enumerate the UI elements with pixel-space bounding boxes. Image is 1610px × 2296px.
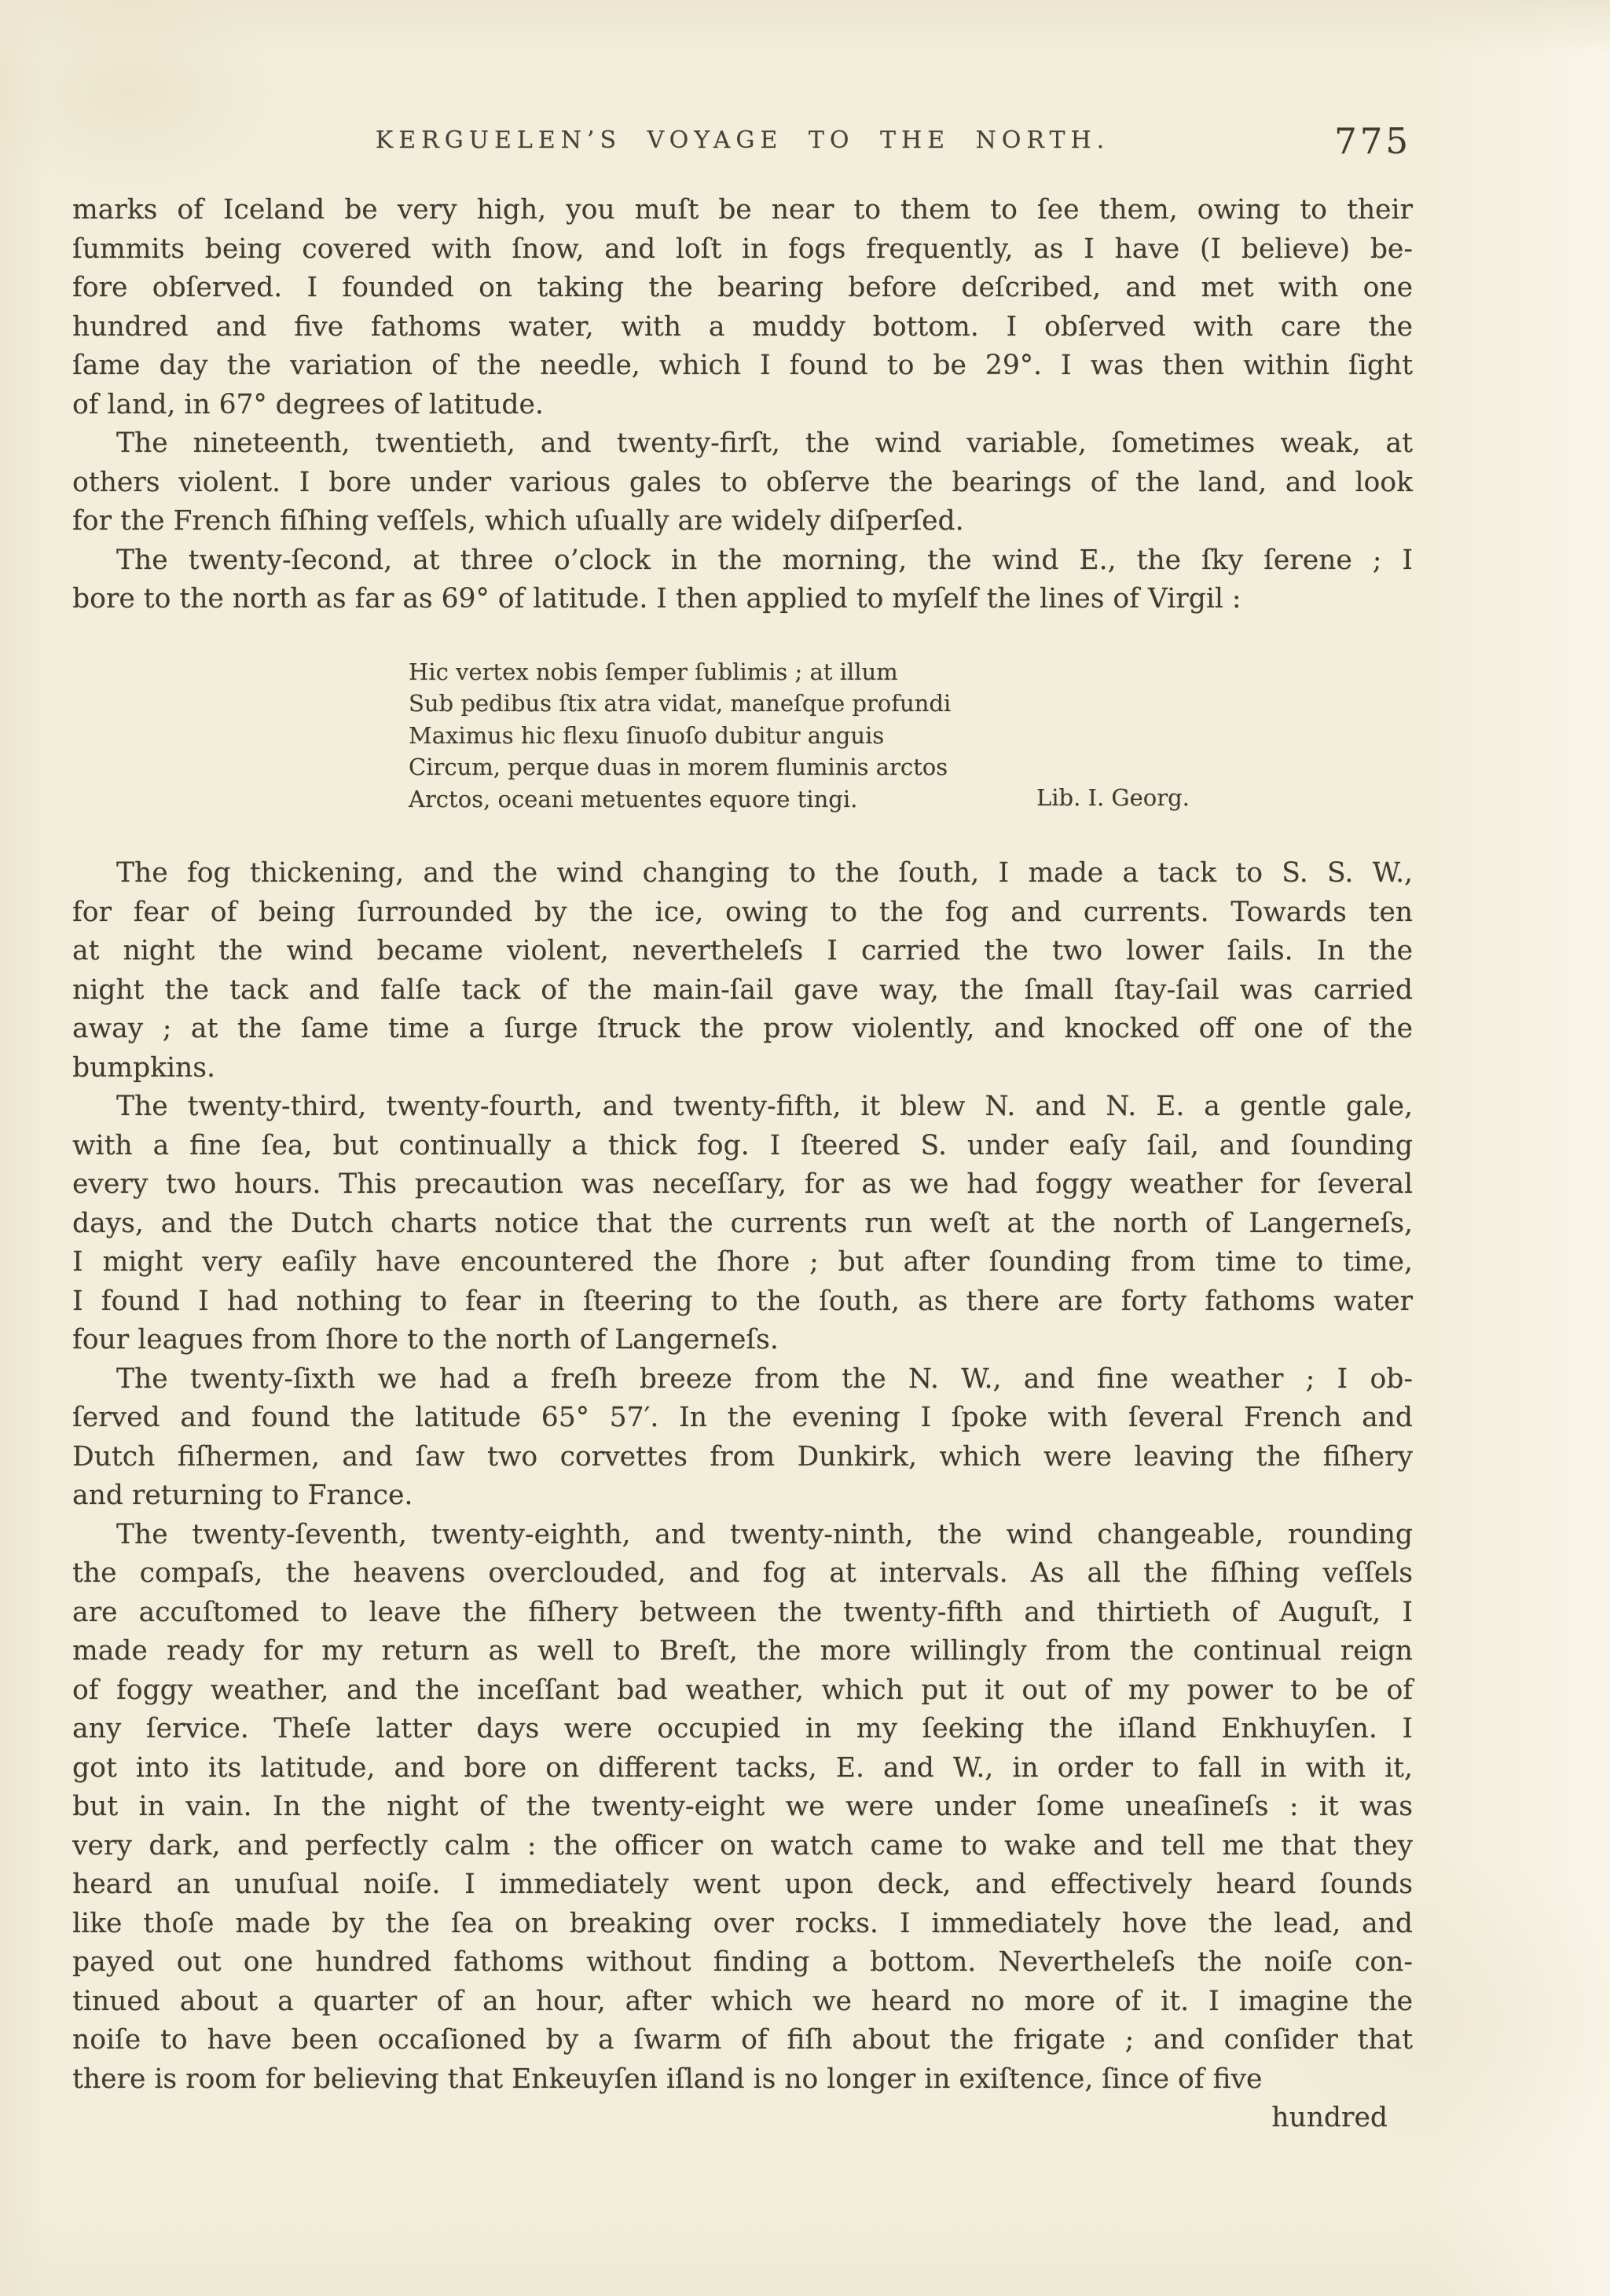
text-line: made ready for my return as well to Breſ…	[72, 1632, 1413, 1671]
text-line: any ſervice. Theſe latter days were occu…	[72, 1710, 1413, 1749]
text-line: ſame day the variation of the needle, wh…	[72, 347, 1413, 386]
text-line: ſummits being covered with ſnow, and loſ…	[72, 230, 1413, 270]
text-line: ſerved and found the latitude 65° 57′. I…	[72, 1399, 1413, 1438]
catchword: hundred	[72, 2099, 1413, 2138]
text-line: of foggy weather, and the inceſſant bad …	[72, 1671, 1413, 1711]
body-lines: marks of Iceland be very high, you muſt …	[72, 191, 1413, 2099]
verse-line: Circum, perque duas in morem fluminis ar…	[409, 751, 1413, 783]
text-line: and returning to France.	[72, 1476, 1413, 1516]
text-line: night the tack and falſe tack of the mai…	[72, 971, 1413, 1010]
text-line: for fear of being ſurrounded by the ice,…	[72, 893, 1413, 933]
text-line: there is room for believing that Enkeuyſ…	[72, 2060, 1413, 2100]
text-line: The twenty-ſixth we had a freſh breeze f…	[72, 1360, 1413, 1399]
text-line: Dutch fiſhermen, and ſaw two corvettes f…	[72, 1438, 1413, 1477]
text-line: days, and the Dutch charts notice that t…	[72, 1205, 1413, 1244]
verse-line: Arctos, oceani metuentes equore tingi.	[409, 783, 1413, 816]
text-line: away ; at the ſame time a ſurge ſtruck t…	[72, 1010, 1413, 1049]
text-line: others violent. I bore under various gal…	[72, 464, 1413, 503]
text-line: hundred and five fathoms water, with a m…	[72, 308, 1413, 347]
text-line: every two hours. This precaution was nec…	[72, 1165, 1413, 1205]
text-line: The nineteenth, twentieth, and twenty-fi…	[72, 424, 1413, 464]
running-title: KERGUELEN’S VOYAGE TO THE NORTH.	[72, 127, 1413, 154]
text-line: heard an unuſual noiſe. I immediately we…	[72, 1865, 1413, 1905]
text-line: four leagues from ſhore to the north of …	[72, 1321, 1413, 1360]
text-line: bumpkins.	[72, 1049, 1413, 1088]
book-page-scan: KERGUELEN’S VOYAGE TO THE NORTH. 775 mar…	[0, 0, 1610, 2296]
text-line: The twenty-third, twenty-fourth, and twe…	[72, 1087, 1413, 1127]
text-line: The twenty-ſecond, at three o’clock in t…	[72, 541, 1413, 581]
text-line: like thoſe made by the ſea on breaking o…	[72, 1905, 1413, 1944]
text-line: of land, in 67° degrees of latitude.	[72, 386, 1413, 425]
text-line: got into its latitude, and bore on diffe…	[72, 1749, 1413, 1788]
verse-line: Maximus hic flexu ſinuoſo dubitur anguis	[409, 720, 1413, 752]
text-line: bore to the north as far as 69° of latit…	[72, 580, 1413, 619]
text-line: payed out one hundred fathoms without fi…	[72, 1943, 1413, 1982]
text-line: for the French fiſhing veſſels, which uſ…	[72, 502, 1413, 541]
verse-line: Hic vertex nobis ſemper ſublimis ; at il…	[409, 656, 1413, 688]
text-line: The twenty-ſeventh, twenty-eighth, and t…	[72, 1516, 1413, 1555]
text-line: I found I had nothing to fear in ſteerin…	[72, 1282, 1413, 1322]
text-line: The fog thickening, and the wind changin…	[72, 854, 1413, 893]
text-line: tinued about a quarter of an hour, after…	[72, 1982, 1413, 2022]
text-line: the compaſs, the heavens overclouded, an…	[72, 1554, 1413, 1594]
verse-line: Sub pedibus ſtix atra vidat, maneſque pr…	[409, 688, 1413, 720]
verse-block: Hic vertex nobis ſemper ſublimis ; at il…	[72, 656, 1413, 816]
text-line: at night the wind became violent, nevert…	[72, 932, 1413, 971]
text-line: marks of Iceland be very high, you muſt …	[72, 191, 1413, 230]
text-line: I might very eaſily have encountered the…	[72, 1243, 1413, 1282]
text-line: noiſe to have been occaſioned by a ſwarm…	[72, 2021, 1413, 2060]
text-block: marks of Iceland be very high, you muſt …	[72, 191, 1413, 2138]
text-line: with a fine ſea, but continually a thick…	[72, 1127, 1413, 1166]
text-line: fore obſerved. I founded on taking the b…	[72, 269, 1413, 308]
verse-attribution: Lib. I. Georg.	[1036, 782, 1190, 814]
text-line: but in vain. In the night of the twenty-…	[72, 1788, 1413, 1827]
text-line: very dark, and perfectly calm : the offi…	[72, 1827, 1413, 1866]
text-line: are accuſtomed to leave the fiſhery betw…	[72, 1594, 1413, 1633]
page-number: 775	[1334, 120, 1411, 162]
